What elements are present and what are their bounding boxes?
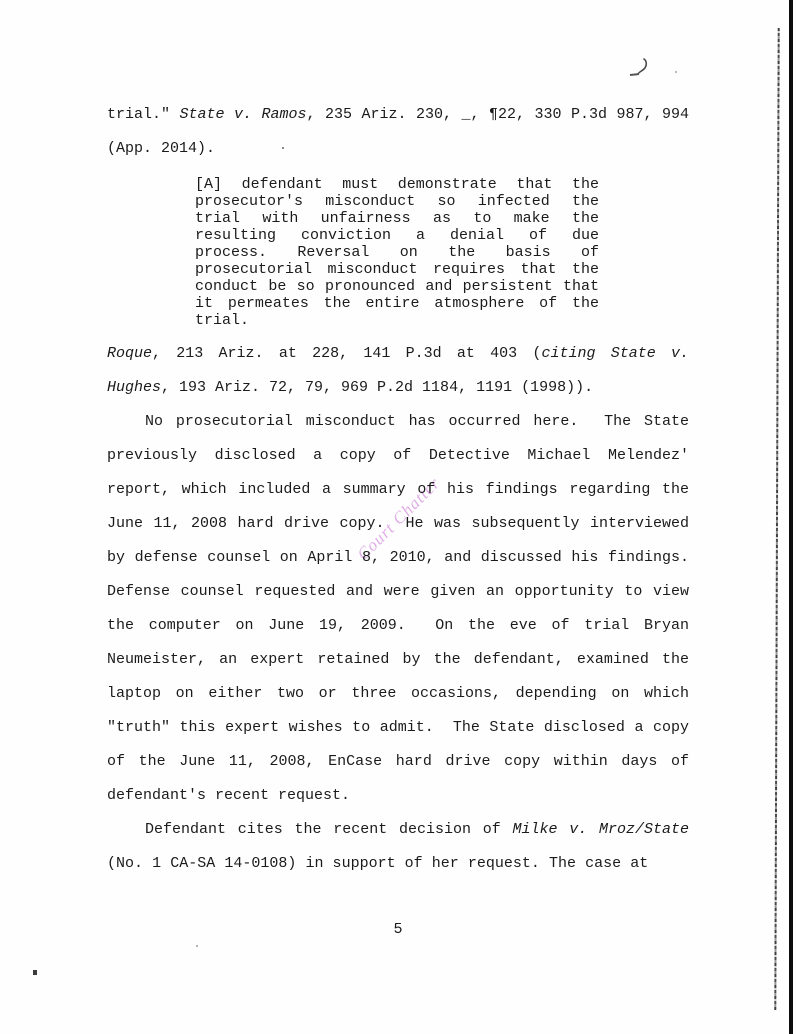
text-line: resulting conviction a denial of due bbox=[195, 227, 599, 244]
text-line: trial with unfairness as to make the bbox=[195, 210, 599, 227]
text-segment: defendant's recent request. bbox=[107, 787, 350, 804]
text-line: Neumeister, an expert retained by the de… bbox=[107, 643, 689, 677]
text-line: Roque, 213 Ariz. at 228, 141 P.3d at 403… bbox=[107, 337, 689, 371]
text-segment: laptop on either two or three occasions,… bbox=[107, 685, 689, 702]
text-segment: , 193 Ariz. 72, 79, 969 P.2d 1184, 1191 … bbox=[161, 379, 593, 396]
text-line: it permeates the entire atmosphere of th… bbox=[195, 295, 599, 312]
citation-ramos: trial." State v. Ramos, 235 Ariz. 230, _… bbox=[107, 98, 689, 166]
text-line: laptop on either two or three occasions,… bbox=[107, 677, 689, 711]
text-line: trial." State v. Ramos, 235 Ariz. 230, _… bbox=[107, 98, 689, 132]
text-line: [A] defendant must demonstrate that the bbox=[195, 176, 599, 193]
text-segment: "truth" this expert wishes to admit. The… bbox=[107, 719, 689, 736]
text-segment: , 213 Ariz. at 228, 141 P.3d at 403 ( bbox=[152, 345, 541, 362]
scan-edge-line bbox=[789, 0, 793, 1034]
text-line: prosecutor's misconduct so infected the bbox=[195, 193, 599, 210]
scan-speck bbox=[675, 71, 677, 73]
text-segment: June 11, 2008 hard drive copy. He was su… bbox=[107, 515, 689, 532]
text-segment: Defendant cites the recent decision of bbox=[145, 821, 513, 838]
italic-case-name: State v. Ramos bbox=[180, 106, 307, 123]
text-line: June 11, 2008 hard drive copy. He was su… bbox=[107, 507, 689, 541]
text-segment: it permeates the entire atmosphere of th… bbox=[195, 295, 599, 312]
text-segment: trial." bbox=[107, 106, 180, 123]
text-segment: conduct be so pronounced and persistent … bbox=[195, 278, 599, 295]
text-line: by defense counsel on April 8, 2010, and… bbox=[107, 541, 689, 575]
scan-speck bbox=[282, 147, 284, 149]
text-segment: of the June 11, 2008, EnCase hard drive … bbox=[107, 753, 689, 770]
block-quote-prosecutorial-misconduct: [A] defendant must demonstrate that thep… bbox=[195, 176, 599, 329]
text-segment: by defense counsel on April 8, 2010, and… bbox=[107, 549, 689, 566]
citation-roque-hughes: Roque, 213 Ariz. at 228, 141 P.3d at 403… bbox=[107, 337, 689, 405]
text-line: (No. 1 CA-SA 14-0108) in support of her … bbox=[107, 847, 648, 881]
text-line: (App. 2014). bbox=[107, 132, 689, 166]
paragraph-no-misconduct: No prosecutorial misconduct has occurred… bbox=[107, 405, 689, 813]
scan-feed-line bbox=[774, 28, 779, 1010]
text-line: process. Reversal on the basis of bbox=[195, 244, 599, 261]
text-segment: prosecutor's misconduct so infected the bbox=[195, 193, 599, 210]
italic-case-name: Milke v. Mroz/State bbox=[513, 821, 690, 838]
text-line: the computer on June 19, 2009. On the ev… bbox=[107, 609, 689, 643]
text-line: "truth" this expert wishes to admit. The… bbox=[107, 711, 689, 745]
text-segment: resulting conviction a denial of due bbox=[195, 227, 599, 244]
text-segment: the computer on June 19, 2009. On the ev… bbox=[107, 617, 689, 634]
paragraph-milke-citation: Defendant cites the recent decision of M… bbox=[107, 813, 689, 881]
text-line: Defense counsel requested and were given… bbox=[107, 575, 689, 609]
document-body: trial." State v. Ramos, 235 Ariz. 230, _… bbox=[107, 98, 689, 881]
italic-case-name: Hughes bbox=[107, 379, 161, 396]
text-line: defendant's recent request. bbox=[107, 779, 689, 813]
text-segment: [A] defendant must demonstrate that the bbox=[195, 176, 599, 193]
text-line: conduct be so pronounced and persistent … bbox=[195, 278, 599, 295]
scanned-court-document-page: Court Chatter trial." State v. Ramos, 23… bbox=[0, 0, 798, 1034]
text-segment: process. Reversal on the basis of bbox=[195, 244, 599, 261]
text-segment: (App. 2014). bbox=[107, 140, 215, 157]
text-line: of the June 11, 2008, EnCase hard drive … bbox=[107, 745, 689, 779]
text-line: Defendant cites the recent decision of M… bbox=[107, 813, 689, 847]
italic-case-name: Roque bbox=[107, 345, 152, 362]
text-segment: prosecutorial misconduct requires that t… bbox=[195, 261, 599, 278]
text-line: trial. bbox=[195, 312, 599, 329]
text-line: No prosecutorial misconduct has occurred… bbox=[107, 405, 689, 439]
pen-squiggle-mark bbox=[627, 56, 653, 80]
text-segment: previously disclosed a copy of Detective… bbox=[107, 447, 689, 464]
text-segment: , 235 Ariz. 230, _, ¶22, 330 P.3d 987, 9… bbox=[307, 106, 689, 123]
text-segment: Neumeister, an expert retained by the de… bbox=[107, 651, 689, 668]
text-segment: Defense counsel requested and were given… bbox=[107, 583, 689, 600]
text-segment: report, which included a summary of his … bbox=[107, 481, 689, 498]
scan-speck bbox=[33, 970, 37, 975]
text-line: Hughes, 193 Ariz. 72, 79, 969 P.2d 1184,… bbox=[107, 371, 689, 405]
text-segment: trial with unfairness as to make the bbox=[195, 210, 599, 227]
page-number: 5 bbox=[107, 921, 689, 938]
text-segment: (No. 1 CA-SA 14-0108) in support of her … bbox=[107, 855, 648, 872]
italic-case-name: citing State v. bbox=[541, 345, 689, 362]
scan-speck bbox=[196, 945, 198, 947]
text-line: prosecutorial misconduct requires that t… bbox=[195, 261, 599, 278]
text-segment: trial. bbox=[195, 312, 249, 329]
text-segment: No prosecutorial misconduct has occurred… bbox=[145, 413, 689, 430]
text-line: report, which included a summary of his … bbox=[107, 473, 689, 507]
text-line: previously disclosed a copy of Detective… bbox=[107, 439, 689, 473]
